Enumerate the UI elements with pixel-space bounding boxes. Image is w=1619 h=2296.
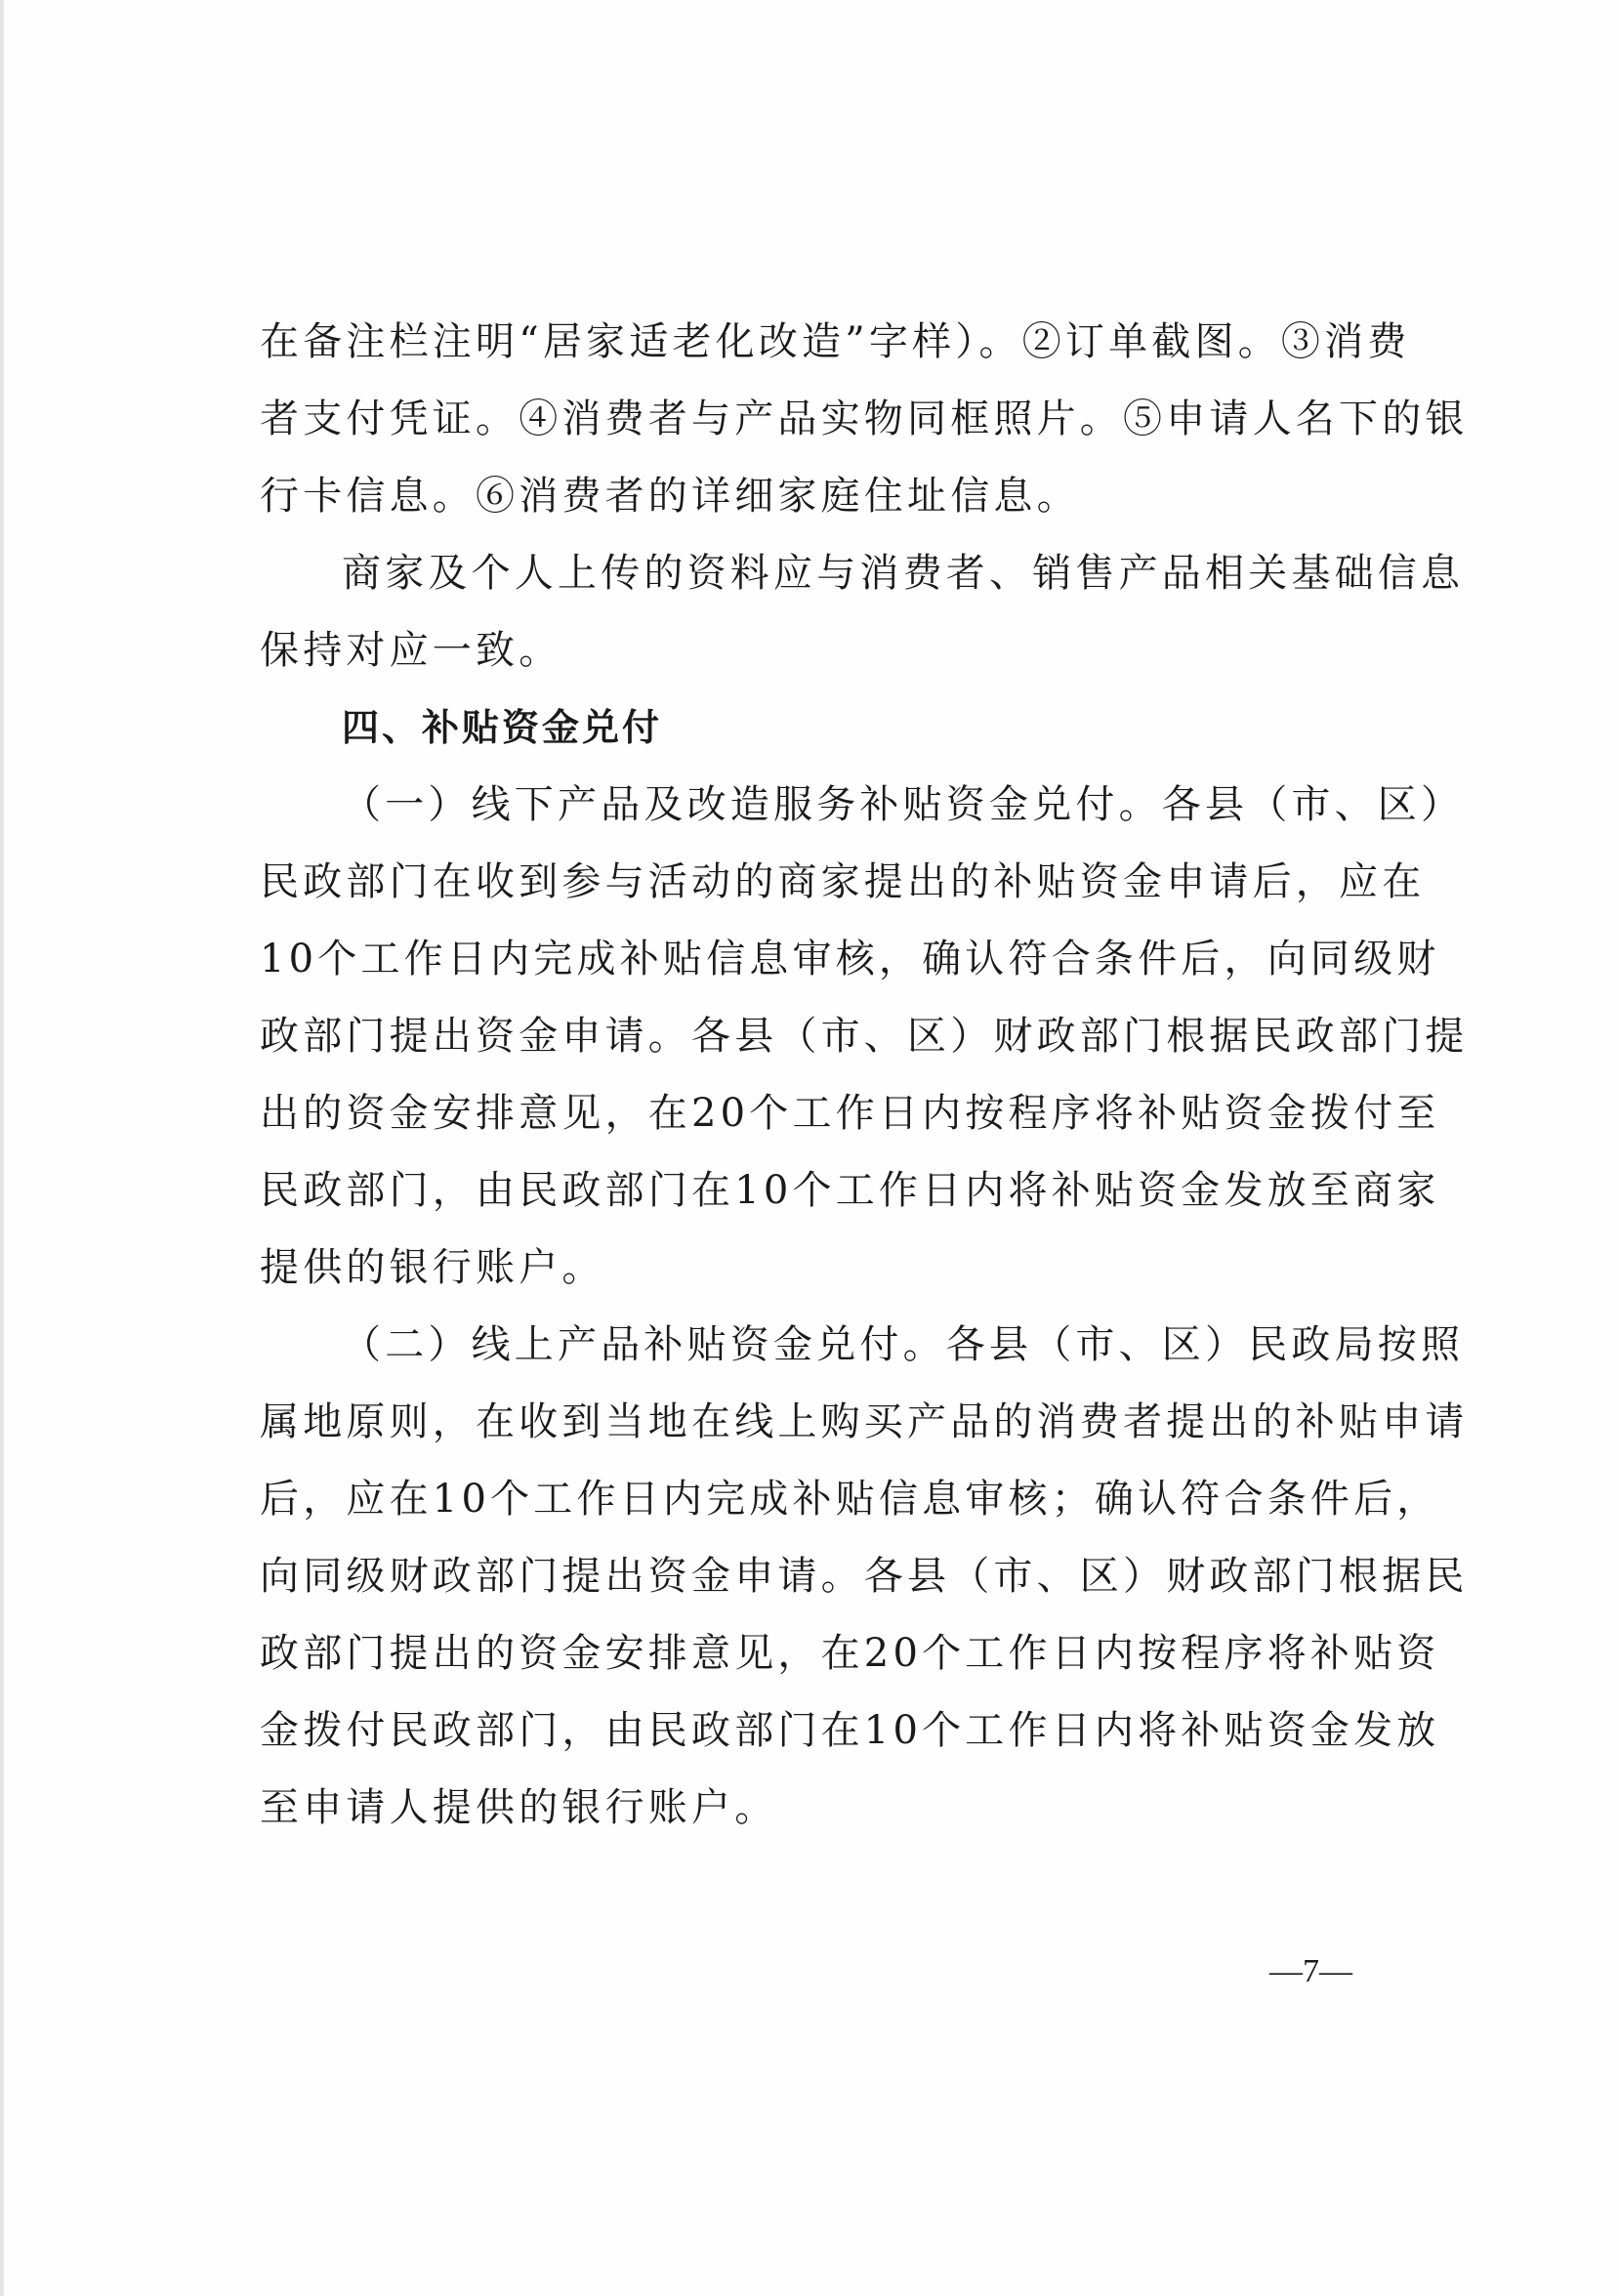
text-line: 行卡信息。⑥消费者的详细家庭住址信息。 xyxy=(260,469,1402,546)
text-line: 者支付凭证。④消费者与产品实物同框照片。⑤申请人名下的银 xyxy=(260,392,1402,469)
paragraph-required-materials: 在备注栏注明“居家适老化改造”字样）。②订单截图。③消费 者支付凭证。④消费者与… xyxy=(260,314,1402,546)
paragraph-offline-subsidy: （一）线下产品及改造服务补贴资金兑付。各县（市、区） 民政部门在收到参与活动的商… xyxy=(260,777,1402,1317)
text-line: 政部门提出的资金安排意见，在20个工作日内按程序将补贴资 xyxy=(260,1626,1402,1703)
text-line: 后，应在10个工作日内完成补贴信息审核；确认符合条件后， xyxy=(260,1472,1402,1549)
text-line: 民政部门，由民政部门在10个工作日内将补贴资金发放至商家 xyxy=(260,1163,1402,1240)
text-line: 至申请人提供的银行账户。 xyxy=(260,1780,1402,1858)
text-line: 在备注栏注明“居家适老化改造”字样）。②订单截图。③消费 xyxy=(260,314,1402,392)
page-number: —7— xyxy=(1269,1953,1352,1990)
text-line: 10个工作日内完成补贴信息审核，确认符合条件后，向同级财 xyxy=(260,932,1402,1009)
text-line: 出的资金安排意见，在20个工作日内按程序将补贴资金拨付至 xyxy=(260,1086,1402,1163)
text-line: 保持对应一致。 xyxy=(260,623,1402,700)
text-line: 向同级财政部门提出资金申请。各县（市、区）财政部门根据民 xyxy=(260,1549,1402,1626)
text-line: 金拨付民政部门，由民政部门在10个工作日内将补贴资金发放 xyxy=(260,1703,1402,1780)
document-page: 在备注栏注明“居家适老化改造”字样）。②订单截图。③消费 者支付凭证。④消费者与… xyxy=(0,0,1619,2296)
text-line: 政部门提出资金申请。各县（市、区）财政部门根据民政部门提 xyxy=(260,1009,1402,1086)
scan-edge xyxy=(0,0,4,2296)
text-line: 民政部门在收到参与活动的商家提出的补贴资金申请后，应在 xyxy=(260,855,1402,932)
text-line: 属地原则，在收到当地在线上购买产品的消费者提出的补贴申请 xyxy=(260,1395,1402,1472)
text-line: 商家及个人上传的资料应与消费者、销售产品相关基础信息 xyxy=(260,546,1402,623)
text-line: （二）线上产品补贴资金兑付。各县（市、区）民政局按照 xyxy=(260,1317,1402,1395)
document-body: 在备注栏注明“居家适老化改造”字样）。②订单截图。③消费 者支付凭证。④消费者与… xyxy=(260,314,1402,1858)
section-heading: 四、补贴资金兑付 xyxy=(260,700,1402,777)
text-line: 提供的银行账户。 xyxy=(260,1240,1402,1317)
text-line: （一）线下产品及改造服务补贴资金兑付。各县（市、区） xyxy=(260,777,1402,855)
paragraph-online-subsidy: （二）线上产品补贴资金兑付。各县（市、区）民政局按照 属地原则，在收到当地在线上… xyxy=(260,1317,1402,1858)
paragraph-consistency: 商家及个人上传的资料应与消费者、销售产品相关基础信息 保持对应一致。 xyxy=(260,546,1402,700)
